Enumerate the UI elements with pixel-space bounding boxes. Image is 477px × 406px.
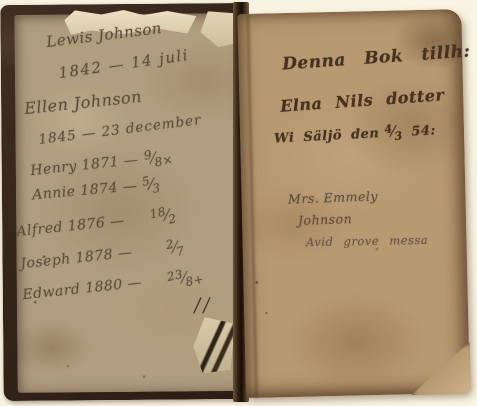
- pencil-note-name-line-1: Mrs. Emmely: [288, 188, 378, 206]
- date-fraction: 5⁄3: [141, 172, 162, 198]
- pencil-note-name-line-2: Johnson: [298, 211, 353, 228]
- pencil-tick-marks: [193, 297, 211, 313]
- page-fold-line: [246, 14, 258, 398]
- pencil-note-line-3: Avid grove messa: [306, 233, 428, 249]
- date-fraction: 18⁄2: [148, 203, 177, 231]
- date-fraction: 4⁄3: [384, 121, 404, 145]
- date-fraction: 2⁄7: [164, 235, 185, 261]
- date-fraction: 9⁄8×: [142, 143, 174, 171]
- torn-paper-patch: [193, 317, 235, 373]
- open-book-photo: Lewis Johnson 1842 — 14 juli Ellen Johns…: [0, 0, 477, 406]
- dog-ear-corner: [410, 342, 471, 395]
